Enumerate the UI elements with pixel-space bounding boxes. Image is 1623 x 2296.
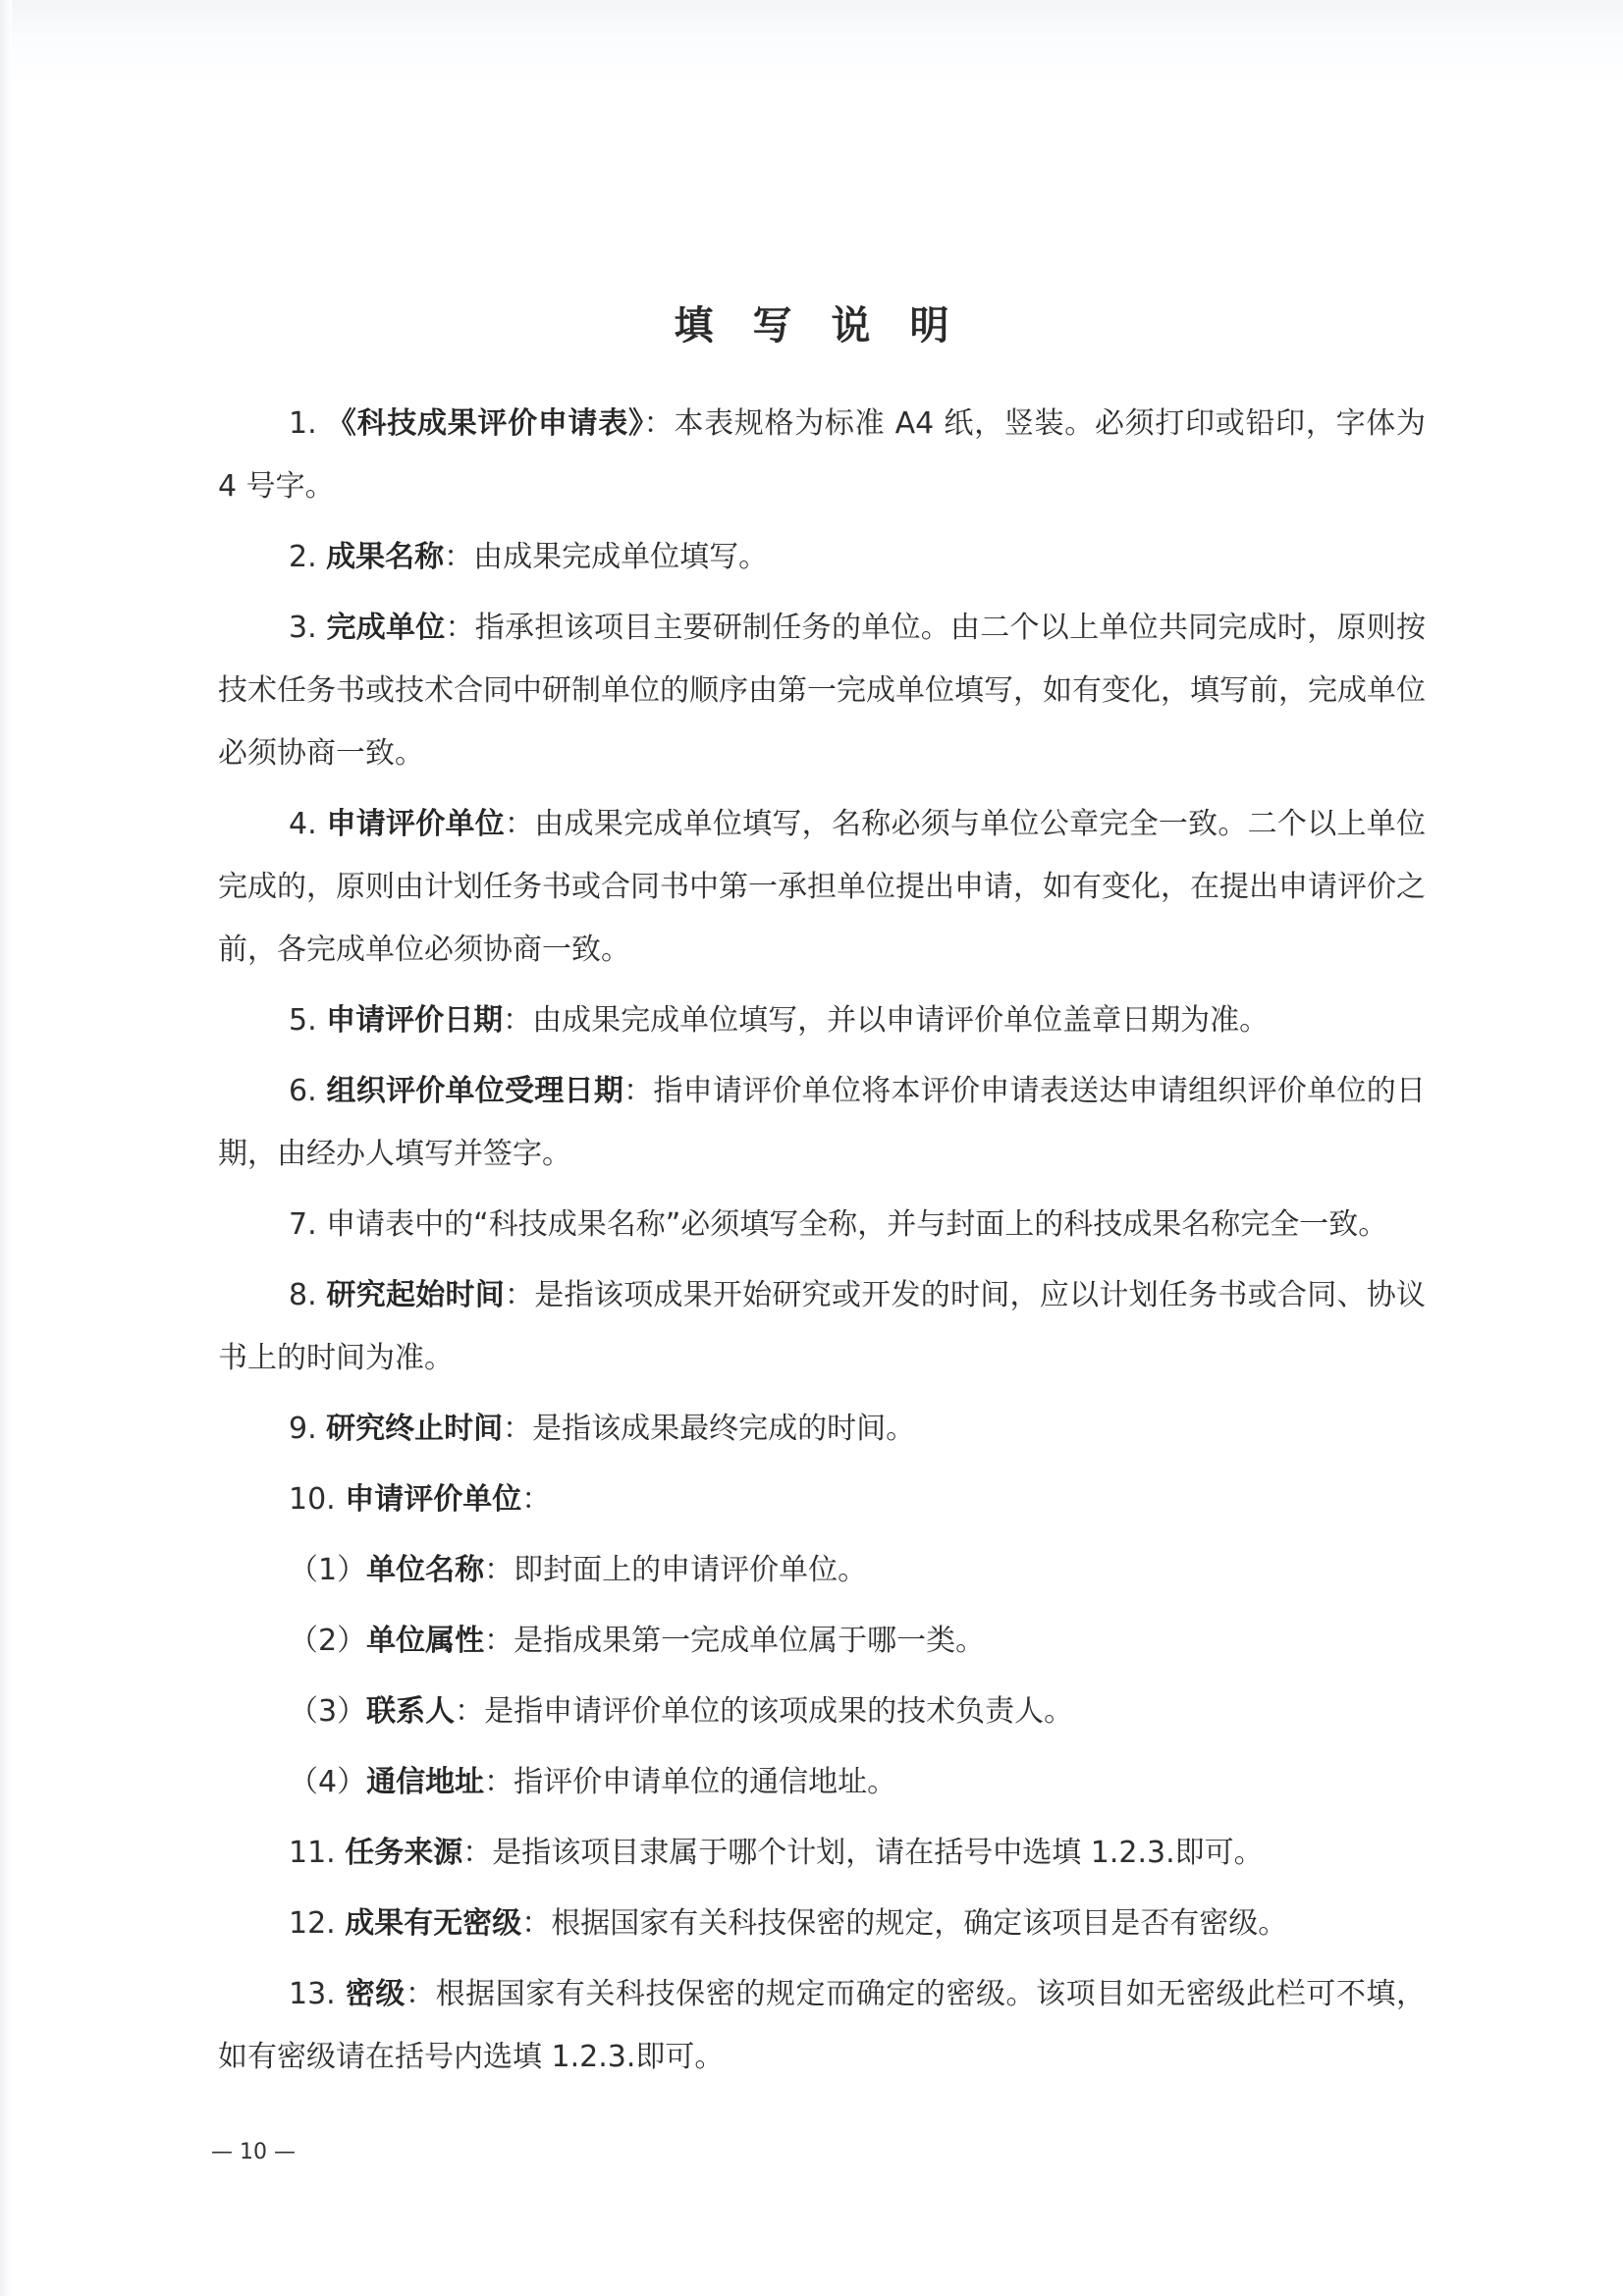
instruction-item-1: 1. 《科技成果评价申请表》：本表规格为标准 A4 纸，竖装。必须打印或铅印，字…: [218, 393, 1426, 518]
instruction-subitem-1: （1）单位名称：即封面上的申请评价单位。: [218, 1539, 1426, 1602]
instruction-item-8: 8. 研究起始时间：是指该项成果开始研究或开发的时间，应以计划任务书或合同、协议…: [218, 1264, 1426, 1390]
page-number: — 10 —: [211, 2140, 296, 2164]
instruction-item-2: 2. 成果名称：由成果完成单位填写。: [218, 526, 1426, 589]
instruction-item-10: 10. 申请评价单位：: [218, 1468, 1426, 1531]
instruction-item-4: 4. 申请评价单位：由成果完成单位填写，名称必须与单位公章完全一致。二个以上单位…: [218, 793, 1426, 982]
instruction-item-5: 5. 申请评价日期：由成果完成单位填写，并以申请评价单位盖章日期为准。: [218, 989, 1426, 1052]
page-title: 填写说明: [0, 294, 1623, 350]
instruction-item-13: 13. 密级：根据国家有关科技保密的规定而确定的密级。该项目如无密级此栏可不填，…: [218, 1963, 1426, 2089]
instruction-subitem-3: （3）联系人：是指申请评价单位的该项成果的技术负责人。: [218, 1681, 1426, 1743]
instruction-item-3: 3. 完成单位：指承担该项目主要研制任务的单位。由二个以上单位共同完成时，原则按…: [218, 597, 1426, 785]
instruction-item-12: 12. 成果有无密级：根据国家有关科技保密的规定，确定该项目是否有密级。: [218, 1893, 1426, 1955]
instruction-subitem-2: （2）单位属性：是指成果第一完成单位属于哪一类。: [218, 1610, 1426, 1673]
instruction-subitem-4: （4）通信地址：指评价申请单位的通信地址。: [218, 1751, 1426, 1814]
instruction-item-6: 6. 组织评价单位受理日期：指申请评价单位将本评价申请表送达申请组织评价单位的日…: [218, 1060, 1426, 1186]
instruction-item-9: 9. 研究终止时间：是指该成果最终完成的时间。: [218, 1398, 1426, 1461]
document-page: 填写说明 1. 《科技成果评价申请表》：本表规格为标准 A4 纸，竖装。必须打印…: [0, 0, 1623, 2296]
instruction-item-11: 11. 任务来源：是指该项目隶属于哪个计划，请在括号中选填 1.2.3.即可。: [218, 1822, 1426, 1885]
instructions-body: 1. 《科技成果评价申请表》：本表规格为标准 A4 纸，竖装。必须打印或铅印，字…: [218, 393, 1426, 2097]
instruction-item-7: 7. 申请表中的“科技成果名称”必须填写全称，并与封面上的科技成果名称完全一致。: [218, 1194, 1426, 1256]
